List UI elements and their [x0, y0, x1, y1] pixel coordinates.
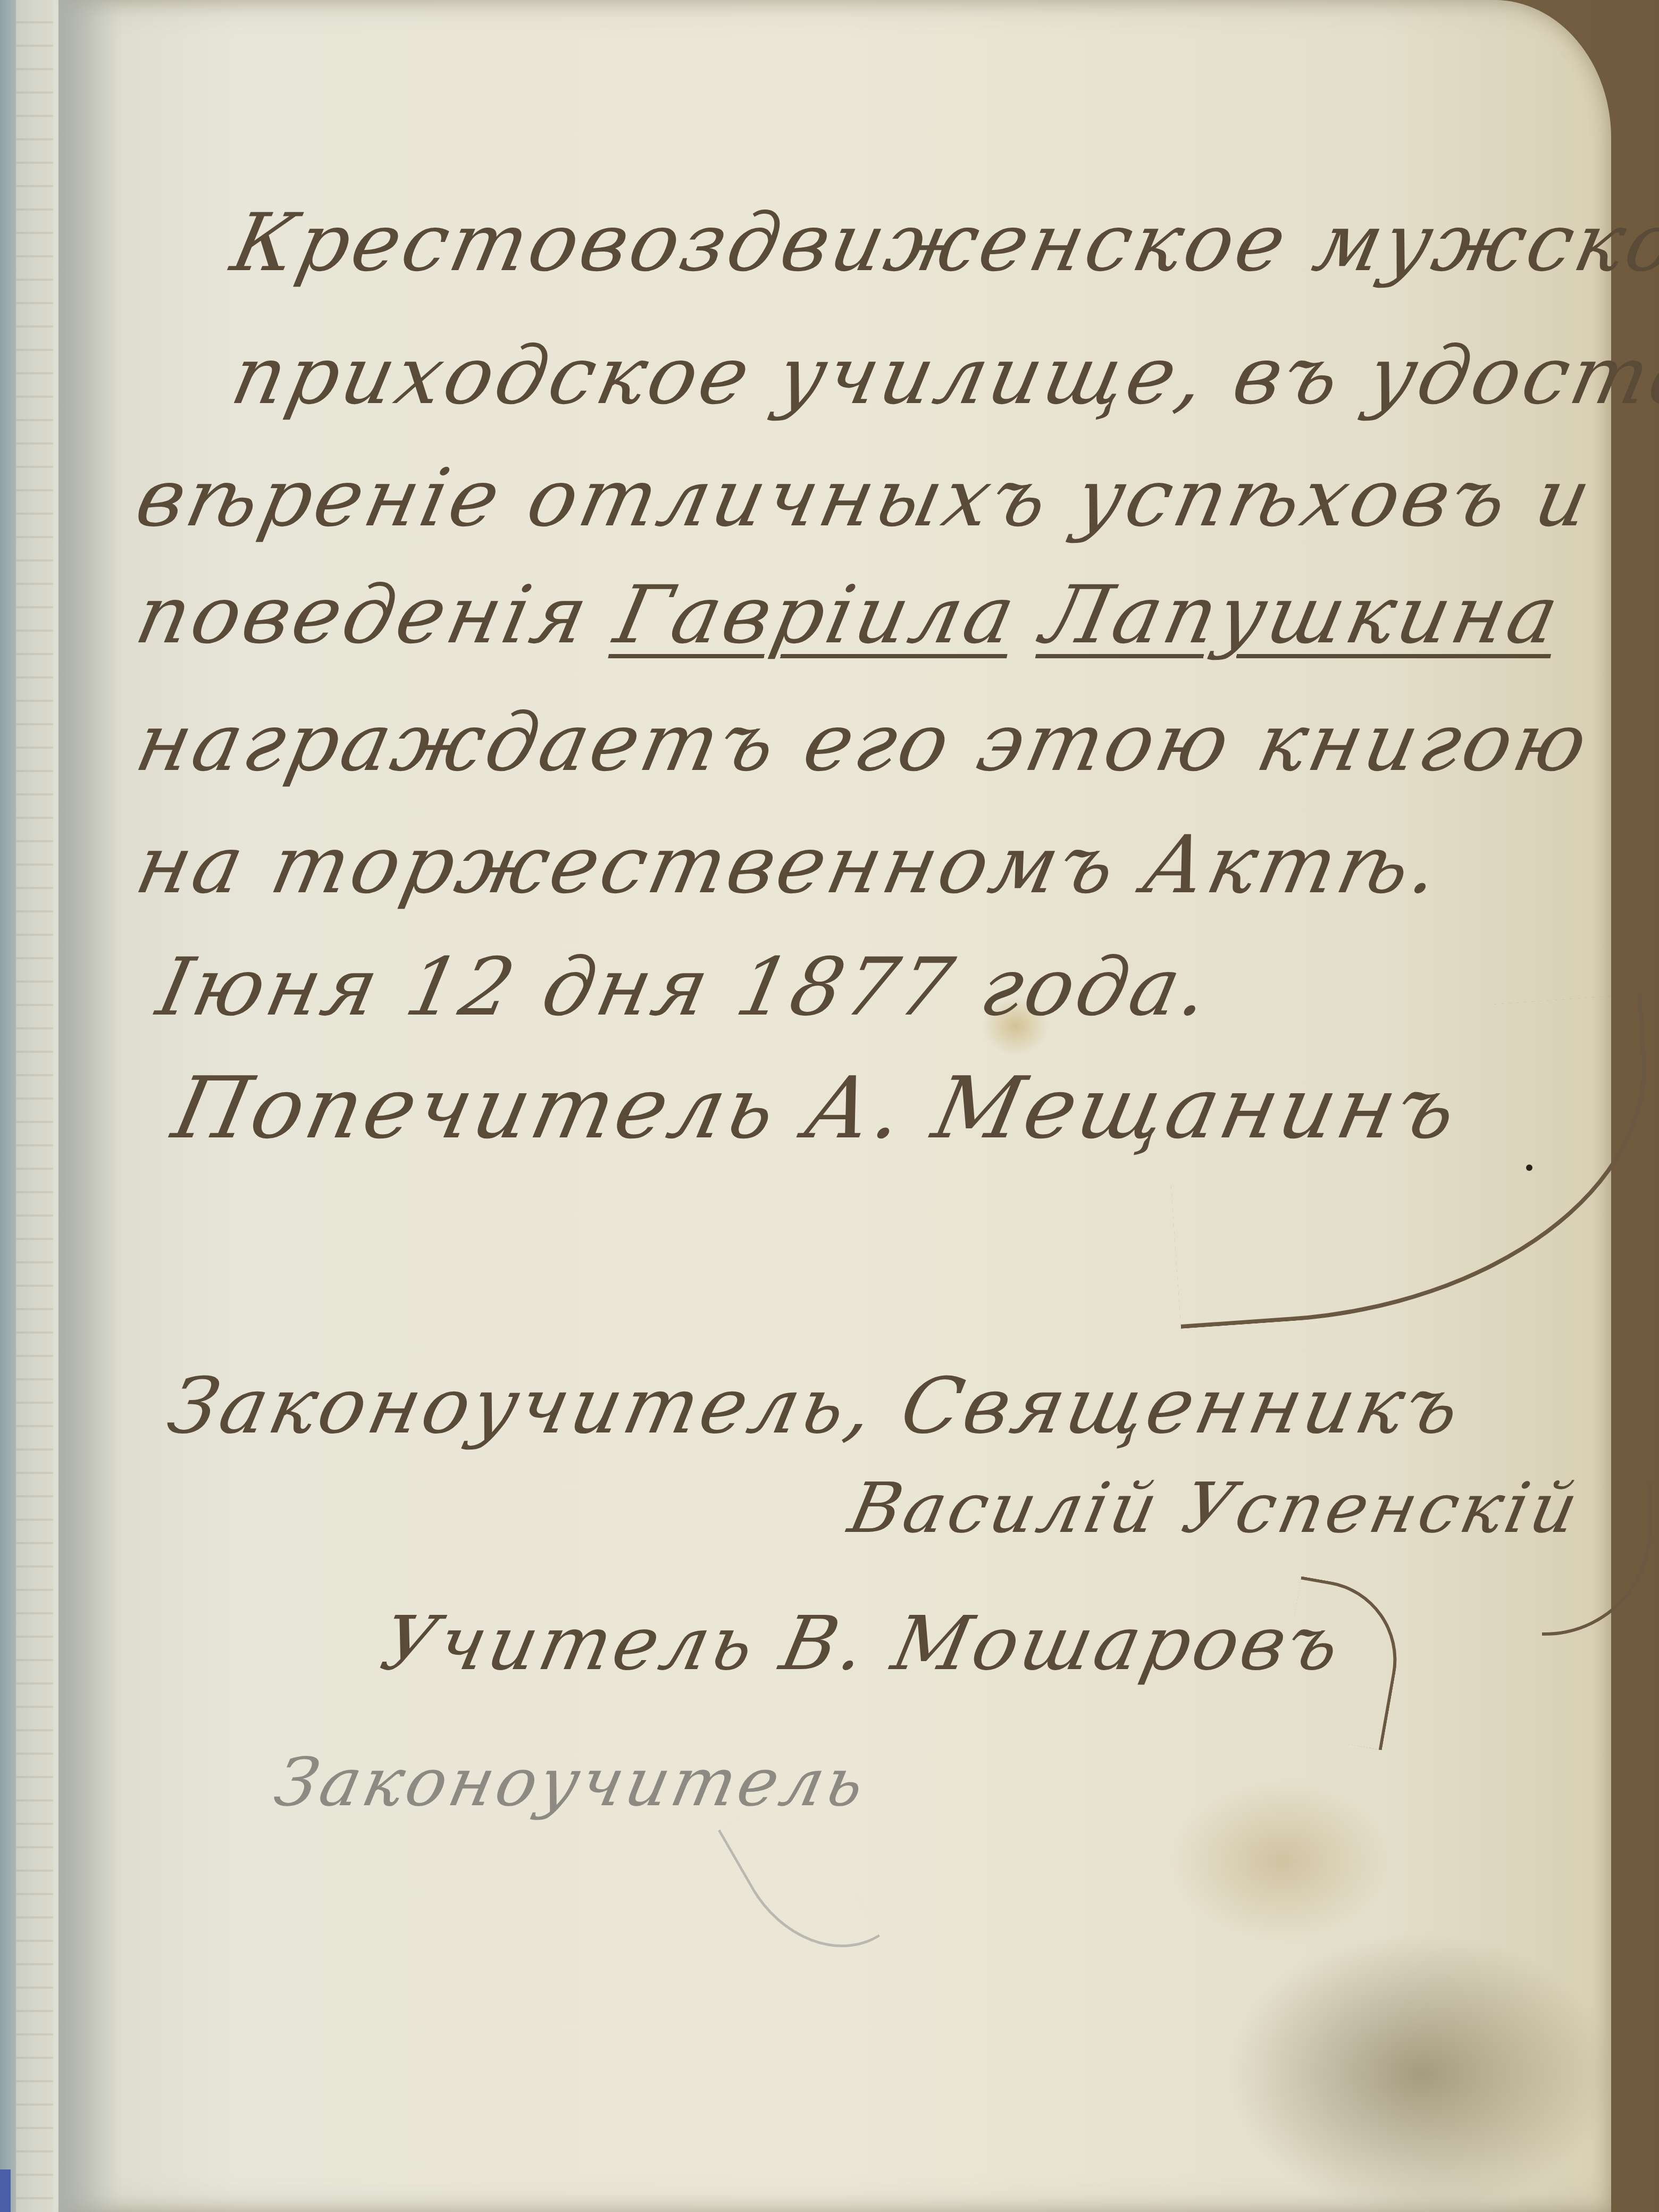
page-gutter	[58, 0, 122, 2212]
ink-dot	[1526, 1164, 1532, 1171]
inscription-line-6: на торжественномъ Актѣ.	[129, 819, 1451, 911]
word-povedeniya: поведенія	[129, 569, 627, 661]
inscription-line-4: поведенія Гавріила Лапушкина	[129, 569, 1570, 661]
student-last-name: Лапушкина	[1034, 569, 1569, 661]
inscription-line-2: приходское училище, въ удосто-	[224, 330, 1659, 422]
student-first-name: Гавріила	[607, 569, 1026, 661]
spine-tape	[16, 0, 53, 2212]
inscription-line-3: вѣреніе отличныхъ успѣховъ и	[129, 452, 1602, 544]
priest-name: Василій Успенскій	[842, 1468, 1588, 1548]
inscription-date-line: Іюня 12 дня 1877 года.	[150, 941, 1220, 1034]
inscription-line-5: награждаетъ его этою книгою	[129, 697, 1598, 789]
religion-teacher-title: Законоучитель, Священникъ	[161, 1361, 1471, 1451]
inscription-line-1: Крестовоздвиженское мужское	[224, 197, 1659, 289]
teacher-signature: Учитель В. Мошаровъ	[374, 1601, 1351, 1687]
blue-cover-edge	[0, 2169, 11, 2212]
